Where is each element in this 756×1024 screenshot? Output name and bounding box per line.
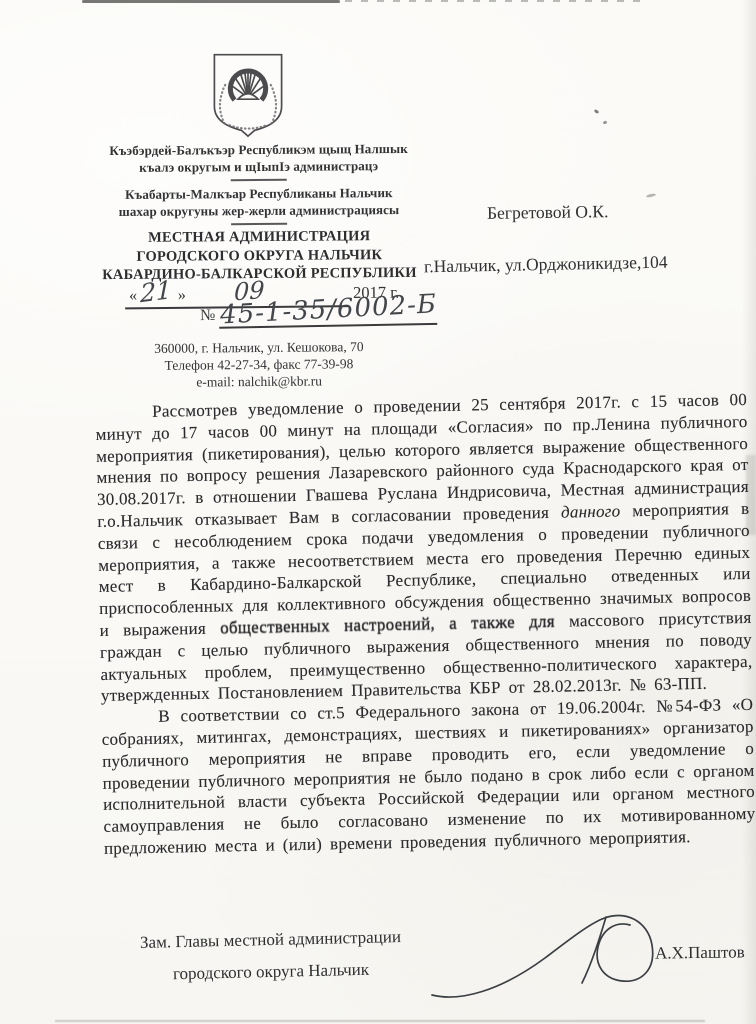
letterhead-kabardian-line1: Къэбэрдей-Балъкъэр Республикэм щыщ Налшы… (75, 140, 443, 160)
scan-artifact-bottom-line (55, 1020, 705, 1022)
letterhead-russian-line2: ГОРОДСКОГО ОКРУГА НАЛЬЧИК (75, 246, 443, 265)
addressee-address: г.Нальчик, ул.Орджоникидзе,104 (424, 252, 668, 278)
number-sign: № (200, 307, 216, 325)
scan-artifact-top-specks (345, 0, 645, 2)
date-close-quote: » (178, 287, 186, 305)
scanned-letter-page: Къэбэрдей-Балъкъэр Республикэм щыщ Налшы… (0, 0, 756, 1024)
signer-title-line1: Зам. Главы местной администрации (140, 927, 401, 953)
number-fill-in: 45-1-35/6002-Б (219, 293, 438, 329)
scan-artifact-top-line (82, 0, 340, 3)
scan-speck (646, 193, 656, 198)
signer-name: А.Х.Паштов (655, 942, 745, 963)
scan-speck (603, 120, 608, 124)
date-open-quote: « (129, 287, 137, 305)
scan-speck (594, 109, 600, 114)
letterhead-balkar-line2: шахар округуны жер-жерли администрациясы (75, 201, 443, 221)
reference-number-line: № 45-1-35/6002-Б (200, 293, 438, 329)
body-paragraph-2: В соответствии со ст.5 Федерального зако… (101, 694, 756, 860)
handwritten-reference-number: 45-1-35/6002-Б (219, 289, 437, 330)
letterhead: Къэбэрдей-Балъкъэр Республикэм щыщ Налшы… (75, 140, 444, 284)
addressee-name: Бегретовой О.К. (487, 201, 609, 224)
letterhead-kabardian-line2: къалэ округым и щIыпIэ администрацэ (75, 157, 443, 177)
signer-title-line2: городского округа Нальчик (173, 960, 369, 984)
body-paragraph-1: Рассмотрев уведомление о проведении 25 с… (95, 389, 753, 707)
handwritten-day: 21 (140, 275, 172, 308)
letter-body: Рассмотрев уведомление о проведении 25 с… (95, 389, 756, 860)
letterhead-divider (231, 179, 287, 181)
paragraph-1-emphasis: данного (561, 501, 621, 521)
letterhead-divider (231, 223, 287, 225)
contact-email: e-mail: nalchik@kbr.ru (75, 371, 443, 391)
contact-block: 360000, г. Нальчик, ул. Кешокова, 70 Тел… (75, 337, 443, 391)
letterhead-russian-line1: МЕСТНАЯ АДМИНИСТРАЦИЯ (75, 228, 443, 247)
handwritten-signature (420, 903, 670, 1003)
nalchik-coat-of-arms-icon (206, 50, 290, 140)
